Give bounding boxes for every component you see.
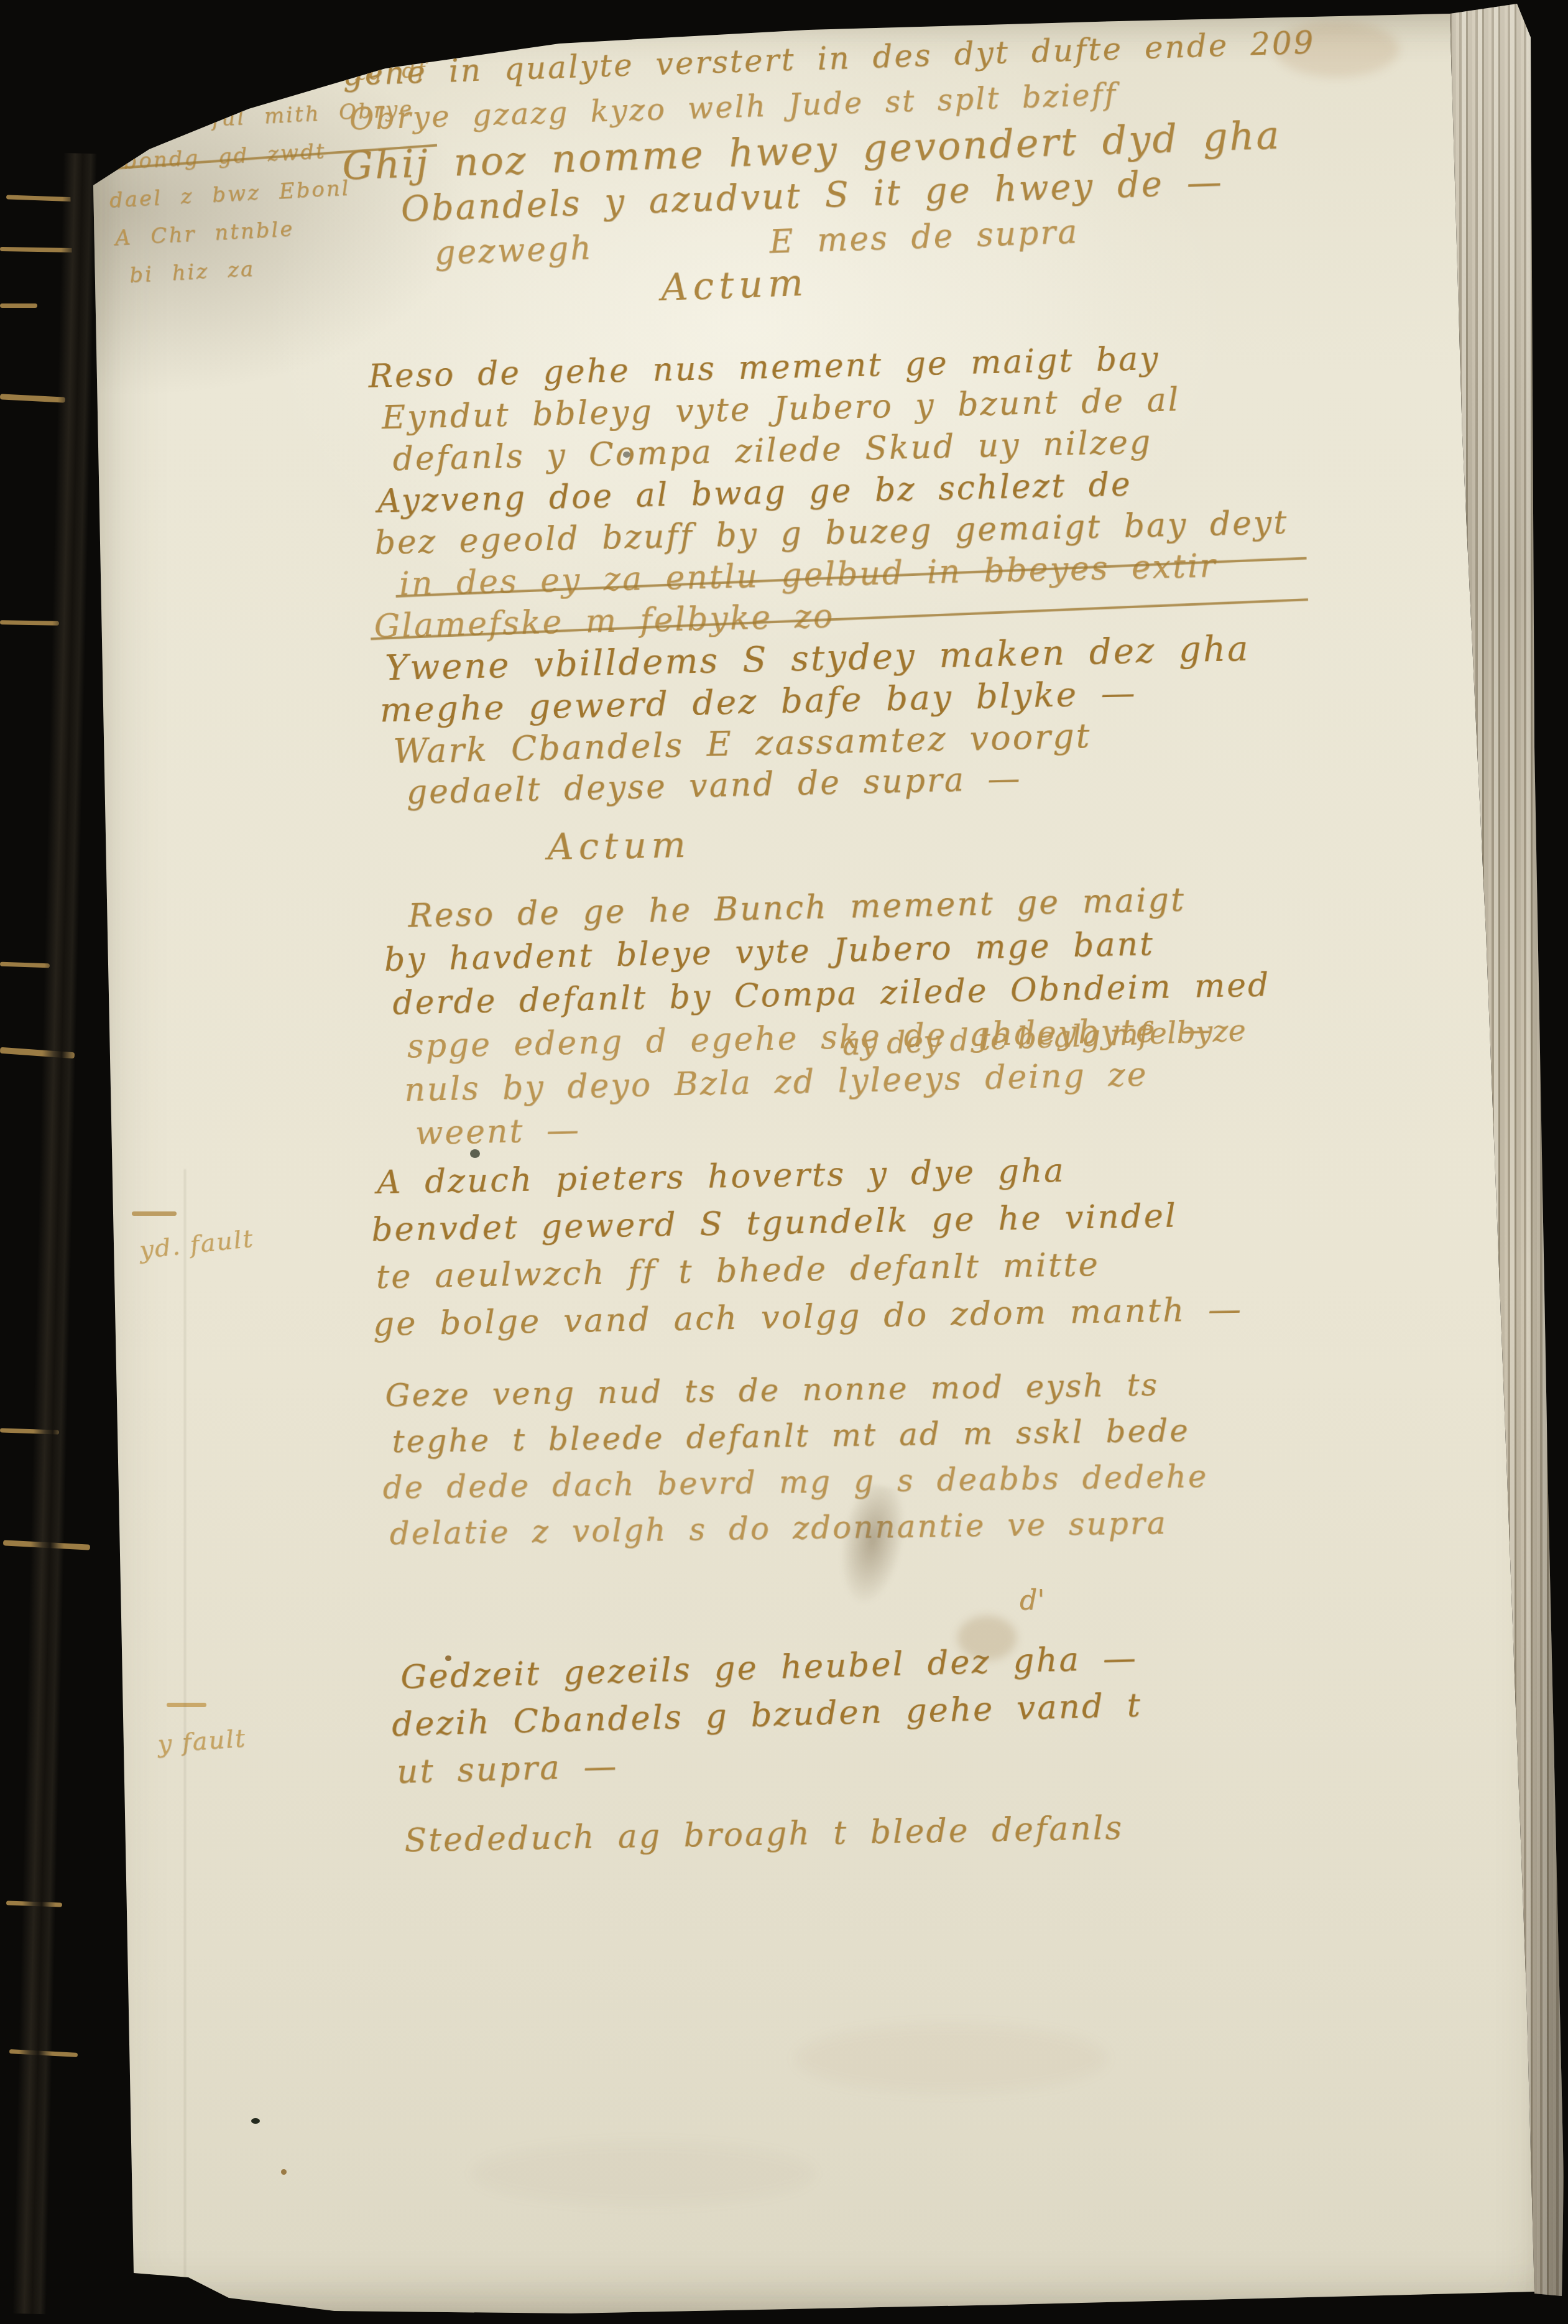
paragraph-1: Reso de gehe nus mement ge maigt bay Eyn… bbox=[368, 335, 1294, 814]
margin-note-dash bbox=[132, 1211, 177, 1216]
stray-pen-mark: d' bbox=[1020, 1585, 1045, 1616]
facing-page-line-tail bbox=[0, 620, 59, 626]
paragraph-2: Reso de ge he Bunch mement ge maigt by h… bbox=[383, 876, 1274, 1156]
paragraph-5: Gedzeit gezeils ge heubel dez gha — dezi… bbox=[390, 1634, 1144, 1796]
manuscript-page: A Cbud I mp nil zg df Cbuylu ful mith Ob… bbox=[73, 0, 1568, 2324]
bleed-through bbox=[796, 2024, 1107, 2093]
header-block: gehe in qualyte verstert in des dyt duft… bbox=[342, 20, 1322, 279]
margin-note-fault-1: yd. fault bbox=[138, 1224, 256, 1265]
facing-page-line-tail bbox=[0, 394, 65, 402]
paragraph-3: A dzuch pieters hoverts y dye gha benvde… bbox=[370, 1144, 1243, 1348]
paper-speck bbox=[281, 2169, 287, 2175]
section-heading-actum: Actum bbox=[547, 823, 691, 868]
margin-note-dash bbox=[167, 1703, 206, 1707]
paper-speck bbox=[251, 2118, 260, 2124]
manuscript-scan: A Cbud I mp nil zg df Cbuylu ful mith Ob… bbox=[0, 0, 1568, 2324]
paragraph-4: Geze veng nud ts de nonne mod eysh ts te… bbox=[381, 1361, 1209, 1557]
section-heading-actum: Actum bbox=[660, 261, 809, 310]
bleed-through bbox=[473, 2142, 814, 2205]
final-line: Stededuch ag broagh t blede defanls bbox=[404, 1810, 1124, 1859]
margin-note-fault-2: y fault bbox=[157, 1724, 247, 1759]
facing-page-line-tail bbox=[0, 962, 50, 968]
facing-page-line-tail bbox=[0, 303, 37, 308]
